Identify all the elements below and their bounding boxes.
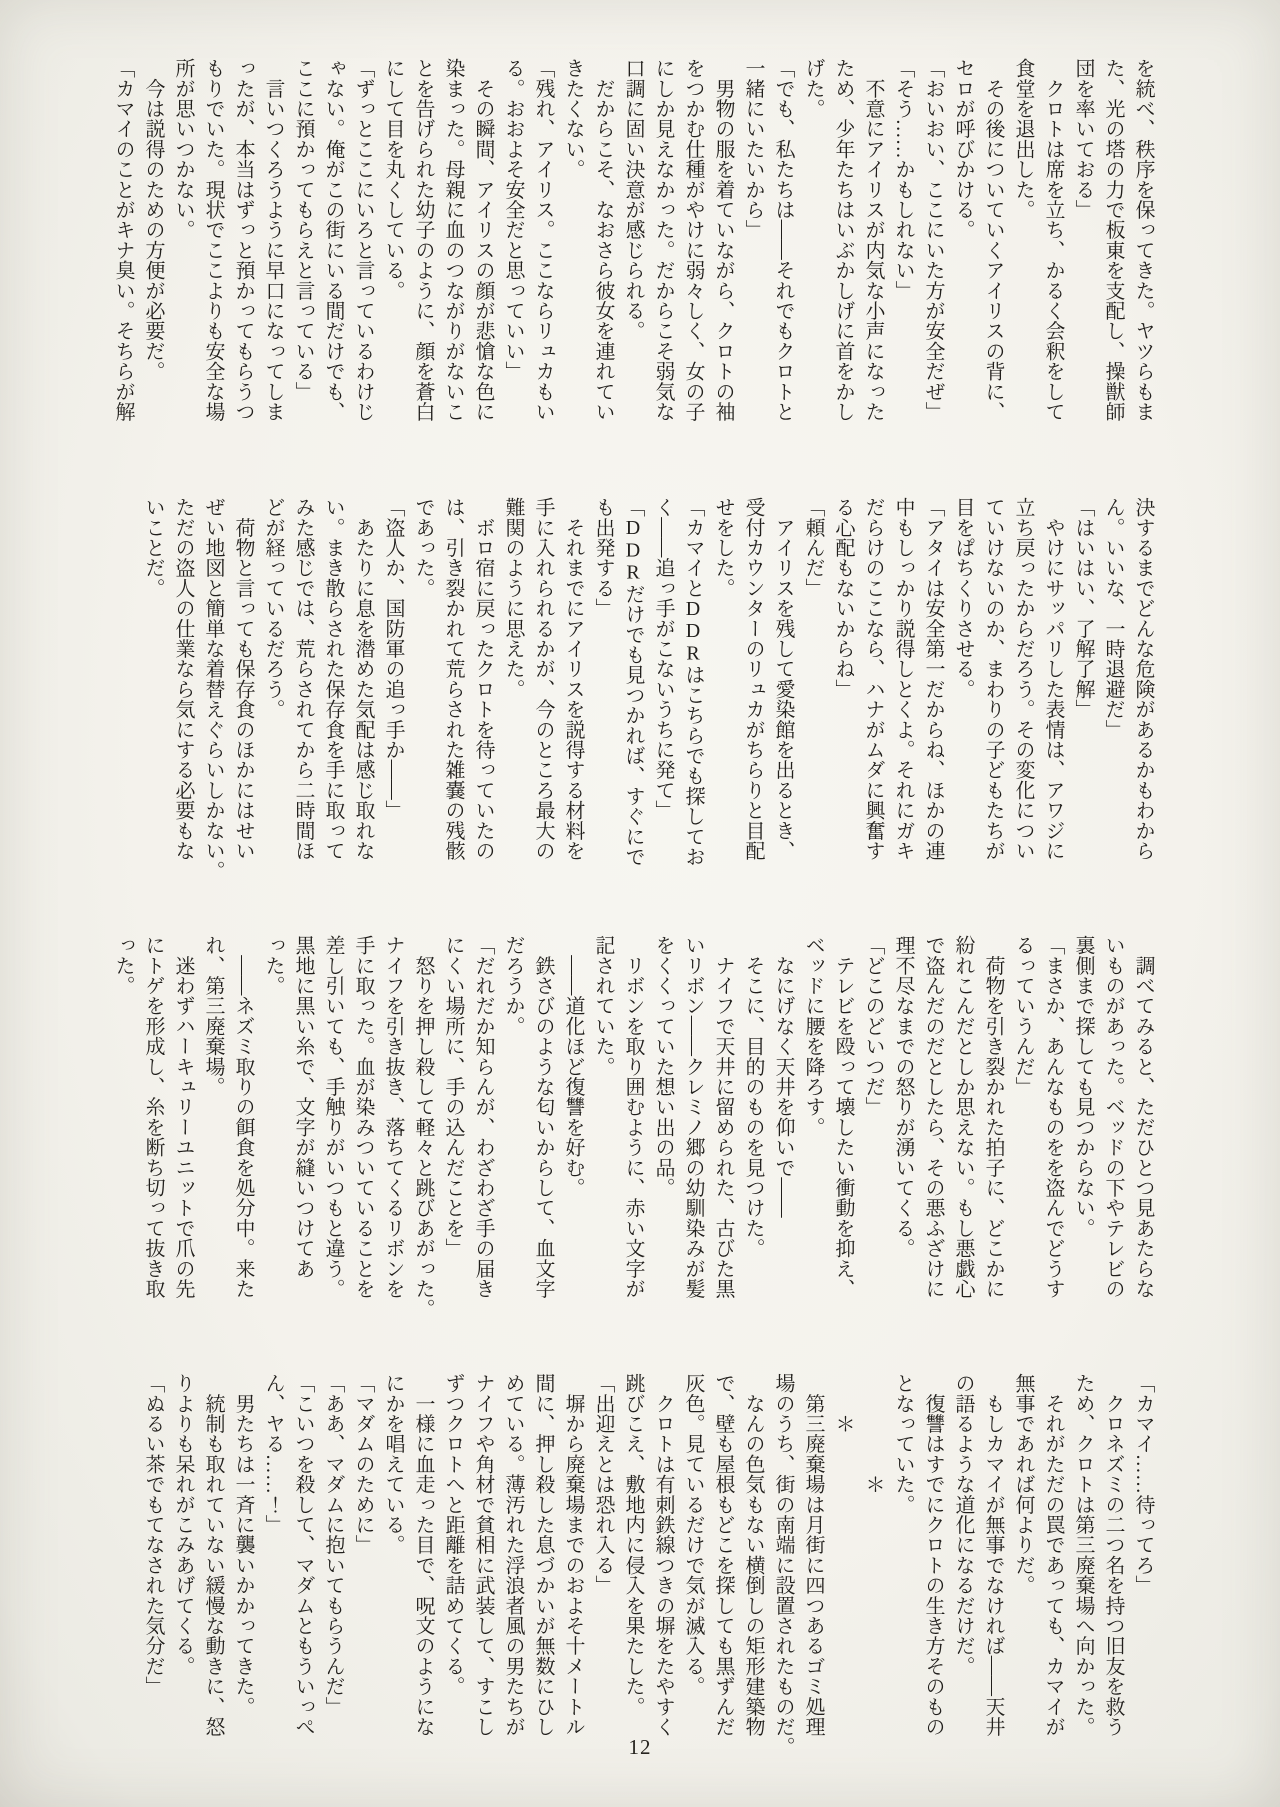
text-column: ベッドに腰を降ろす。 (798, 935, 828, 1299)
scanned-novel-page: を統べ、秩序を保ってきた。ヤツらもまた、光の塔の力で板東を支配し、操獣師団を率い… (0, 0, 1280, 1807)
text-column: ナイフや角材で貧相に武装して、すこし (468, 1373, 498, 1737)
text-column: ん、ヤる……！」 (258, 1373, 288, 1737)
text-column: ただの盗人の仕業なら気にする必要もな (168, 497, 198, 861)
text-column: 第三廃棄場は月街に四つあるゴミ処理 (798, 1373, 828, 1737)
text-column: だからこそ、なおさら彼女を連れてい (588, 58, 618, 422)
text-column: 「マダムのために」 (348, 1373, 378, 1737)
text-column: 「カマイとDDRはこちらでも探してお (678, 497, 708, 861)
text-column: は、引き裂かれて荒らされた雑嚢の残骸 (438, 497, 468, 861)
text-column: ったが、本当はずっと預かってもらうつ (228, 58, 258, 422)
text-column: 黒地に黒い糸で、文字が縫いつけてあ (288, 935, 318, 1299)
text-column: せをした。 (708, 497, 738, 861)
text-column: それまでにアイリスを説得する材料を (558, 497, 588, 861)
text-column: る心配もないからね」 (828, 497, 858, 861)
text-column: 怒りを押し殺して軽々と跳びあがった。 (408, 935, 438, 1299)
text-column: 荷物と言っても保存食のほかにはせい (228, 497, 258, 861)
text-column: にしか見えなかった。だからこそ弱気な (648, 58, 678, 422)
text-column: クロネズミの二つ名を持つ旧友を救う (1098, 1373, 1128, 1737)
text-column: 鉄さびのような匂いからして、血文字 (528, 935, 558, 1299)
text-column: 差し引いても、手触りがいつもと違う。 (318, 935, 348, 1299)
text-column: を統べ、秩序を保ってきた。ヤツらもま (1128, 58, 1158, 422)
text-column: ぜい地図と簡単な着替えぐらいしかない。 (198, 497, 228, 861)
text-band-4: 「カマイ……待ってろ」 クロネズミの二つ名を持つ旧友を救うため、クロトは第三廃棄… (138, 1373, 1158, 1737)
text-column: ゃない。俺がこの街にいる間だけでも、 (318, 58, 348, 422)
text-column: ため、少年たちはいぶかしげに首をかし (828, 58, 858, 422)
text-column: 決するまでどんな危険があるかもわから (1128, 497, 1158, 861)
text-column: 「だれだか知らんが、わざわざ手の届き (468, 935, 498, 1299)
text-band-1: を統べ、秩序を保ってきた。ヤツらもまた、光の塔の力で板東を支配し、操獣師団を率い… (108, 58, 1158, 422)
text-column: 口調に固い決意が感じられる。 (618, 58, 648, 422)
text-column: 難関のように思えた。 (498, 497, 528, 861)
text-column: 「まさか、あんなものをを盗んでどうす (1038, 935, 1068, 1299)
text-column: 迷わずハーキュリーユニットで爪の先 (168, 935, 198, 1299)
text-column: 一様に血走った目で、呪文のようにな (408, 1373, 438, 1737)
text-column: 裏側まで探しても見つからない。 (1068, 935, 1098, 1299)
text-column: 復讐はすでにクロトの生き方そのもの (918, 1373, 948, 1737)
text-band-2: 決するまでどんな危険があるかもわからん。いいな、一時退避だ」「はいはい、了解了解… (138, 497, 1158, 861)
text-column: そこに、目的のものを見つけた。 (738, 935, 768, 1299)
text-column: 無事であれば何よりだ。 (1008, 1373, 1038, 1737)
text-column: をつかむ仕種がやけに弱々しく、女の子 (678, 58, 708, 422)
text-column: 「アタイは安全第一だからね、ほかの連 (918, 497, 948, 861)
text-column: 「おいおい、ここにいた方が安全だぜ」 (918, 58, 948, 422)
text-column: 不意にアイリスが内気な小声になった (858, 58, 888, 422)
text-column: その後についていくアイリスの背に、 (978, 58, 1008, 422)
text-column: 記されていた。 (588, 935, 618, 1299)
text-column: ここに預かってもらえと言っている」 (288, 58, 318, 422)
text-column: く——追っ手がこないうちに発て」 (648, 497, 678, 861)
text-column: 手に入れられるかが、今のところ最大の (528, 497, 558, 861)
text-column: ——ネズミ取りの餌食を処分中。来た (228, 935, 258, 1299)
text-column: で、壁も屋根もどこを探しても黒ずんだ (708, 1373, 738, 1737)
text-column: ナイフを引き抜き、落ちてくるリボンを (378, 935, 408, 1299)
text-column: 所が思いつかない。 (168, 58, 198, 422)
text-column: とを告げられた幼子のように、顔を蒼白 (408, 58, 438, 422)
text-column: リボンを取り囲むように、赤い文字が (618, 935, 648, 1299)
text-column: 灰色。見ているだけで気が滅入る。 (678, 1373, 708, 1737)
text-column: 「盗人か、国防軍の追っ手か——」 (378, 497, 408, 861)
text-column: にくい場所に、手の込んだことを」 (438, 935, 468, 1299)
text-column: 手に取った。血が染みついていることを (348, 935, 378, 1299)
text-column: ん。いいな、一時退避だ」 (1098, 497, 1128, 861)
text-column: 言いつくろうように早口になってしま (258, 58, 288, 422)
text-column: 「カマイのことがキナ臭い。そちらが解 (108, 58, 138, 422)
text-column: 「ぬるい茶でもてなされた気分だ」 (138, 1373, 168, 1737)
text-column: 「残れ、アイリス。ここならリュカもい (528, 58, 558, 422)
text-column: 団を率いておる」 (1068, 58, 1098, 422)
text-column: る。おおよそ安全だと思っていい」 (498, 58, 528, 422)
text-column: ずつクロトへと距離を詰めてくる。 (438, 1373, 468, 1737)
text-column: みた感じでは、荒らされてから二時間ほ (288, 497, 318, 861)
text-column: いことだ。 (138, 497, 168, 861)
text-column: 目をぱちくりさせる。 (948, 497, 978, 861)
text-band-3: 調べてみると、ただひとつ見あたらないものがあった。ベッドの下やテレビの裏側まで探… (108, 935, 1158, 1299)
text-column: 「そう……かもしれない」 (888, 58, 918, 422)
text-column: 「頼んだ」 (798, 497, 828, 861)
text-column: もりでいた。現状でここよりも安全な場 (198, 58, 228, 422)
text-column: なんの色気もない横倒しの矩形建築物 (738, 1373, 768, 1737)
text-column: 紛れこんだとしか思えない。もし悪戯心 (948, 935, 978, 1299)
text-column: 統制も取れていない緩慢な動きに、怒 (198, 1373, 228, 1737)
text-column: であった。 (408, 497, 438, 861)
text-column: げた。 (798, 58, 828, 422)
text-column: 跳びこえ、敷地内に侵入を果たした。 (618, 1373, 648, 1737)
text-column: ＊ (858, 1373, 888, 1737)
text-column: 「出迎えとは恐れ入る」 (588, 1373, 618, 1737)
text-column: にして目を丸くしている。 (378, 58, 408, 422)
text-column: い。まき散らされた保存食を手に取って (318, 497, 348, 861)
text-column: った。 (108, 935, 138, 1299)
text-column: りよりも呆れがこみあげてくる。 (168, 1373, 198, 1737)
text-column: 男物の服を着ていながら、クロトの袖 (708, 58, 738, 422)
text-column: もしカマイが無事でなければ——天井 (978, 1373, 1008, 1737)
text-column: その瞬間、アイリスの顔が悲愴な色に (468, 58, 498, 422)
text-column: テレビを殴って壊したい衝動を抑え、 (828, 935, 858, 1299)
text-column: どが経っているだろう。 (258, 497, 288, 861)
text-column: いものがあった。ベッドの下やテレビの (1098, 935, 1128, 1299)
text-column: きたくない。 (558, 58, 588, 422)
text-column: 荷物を引き裂かれた拍子に、どこかに (978, 935, 1008, 1299)
page-number: 12 (0, 1735, 1280, 1760)
text-column: ナイフで天井に留められた、古びた黒 (708, 935, 738, 1299)
text-column: あたりに息を潜めた気配は感じ取れな (348, 497, 378, 861)
text-column: クロトは席を立ち、かるく会釈をして (1038, 58, 1068, 422)
text-column: ＊ (828, 1373, 858, 1737)
text-column: となっていた。 (888, 1373, 918, 1737)
text-column: 理不尽なまでの怒りが湧いてくる。 (888, 935, 918, 1299)
text-column: だらけのここなら、ハナがムダに興奮す (858, 497, 888, 861)
upright-latin-text: DDR (682, 598, 704, 665)
text-column: で盗んだのだとしたら、その悪ふざけに (918, 935, 948, 1299)
text-column: 「どこのどいつだ」 (858, 935, 888, 1299)
text-column: も出発する」 (588, 497, 618, 861)
text-column: ていけないのか、まわりの子どもたちが (978, 497, 1008, 861)
text-column: 「こいつを殺して、マダムともういっぺ (288, 1373, 318, 1737)
text-column: 「ずっとここにいろと言っているわけじ (348, 58, 378, 422)
text-column: 「でも、私たちは——それでもクロトと (768, 58, 798, 422)
text-column: セロが呼びかける。 (948, 58, 978, 422)
text-column: だろうか。 (498, 935, 528, 1299)
text-column: た、光の塔の力で板東を支配し、操獣師 (1098, 58, 1128, 422)
text-column: ため、クロトは第三廃棄場へ向かった。 (1068, 1373, 1098, 1737)
text-column: ボロ宿に戻ったクロトを待っていたの (468, 497, 498, 861)
text-column: るっていうんだ」 (1008, 935, 1038, 1299)
text-column: 調べてみると、ただひとつ見あたらな (1128, 935, 1158, 1299)
text-column: 「DDRだけでも見つかれば、すぐにで (618, 497, 648, 861)
text-column: なにげなく天井を仰いで—— (768, 935, 798, 1299)
text-column: 受付カウンターのリュカがちらりと目配 (738, 497, 768, 861)
text-column: 染まった。母親に血のつながりがないこ (438, 58, 468, 422)
text-column: めている。薄汚れた浮浪者風の男たちが (498, 1373, 528, 1737)
text-column: やけにサッパリした表情は、アワジに (1038, 497, 1068, 861)
text-column: クロトは有刺鉄線つきの塀をたやすく (648, 1373, 678, 1737)
text-column: 中もしっかり説得しとくよ。それにガキ (888, 497, 918, 861)
text-column: 塀から廃棄場までのおよそ十メートル (558, 1373, 588, 1737)
text-column: にトゲを形成し、糸を断ち切って抜き取 (138, 935, 168, 1299)
text-column: それがただの罠であっても、カマイが (1038, 1373, 1068, 1737)
text-column: にかを唱えている。 (378, 1373, 408, 1737)
text-column: いリボン——クレミノ郷の幼馴染みが髪 (678, 935, 708, 1299)
text-column: 立ち戻ったからだろう。その変化につい (1008, 497, 1038, 861)
text-column: アイリスを残して愛染館を出るとき、 (768, 497, 798, 861)
text-column: 食堂を退出した。 (1008, 58, 1038, 422)
text-column: れ、第三廃棄場。 (198, 935, 228, 1299)
text-column: 今は説得のための方便が必要だ。 (138, 58, 168, 422)
text-column: 間に、押し殺した息づかいが無数にひし (528, 1373, 558, 1737)
text-column: をくくっていた想い出の品。 (648, 935, 678, 1299)
text-column: 男たちは一斉に襲いかかってきた。 (228, 1373, 258, 1737)
text-column: 場のうち、街の南端に設置されたものだ。 (768, 1373, 798, 1737)
upright-latin-text: DDR (622, 517, 644, 584)
text-column: 「ああ、マダムに抱いてもらうんだ」 (318, 1373, 348, 1737)
text-column: の語るような道化になるだけだ。 (948, 1373, 978, 1737)
text-column: 一緒にいたいから」 (738, 58, 768, 422)
text-column: った。 (258, 935, 288, 1299)
text-column: 「はいはい、了解了解」 (1068, 497, 1098, 861)
text-column: ——道化ほど復讐を好む。 (558, 935, 588, 1299)
text-column: 「カマイ……待ってろ」 (1128, 1373, 1158, 1737)
